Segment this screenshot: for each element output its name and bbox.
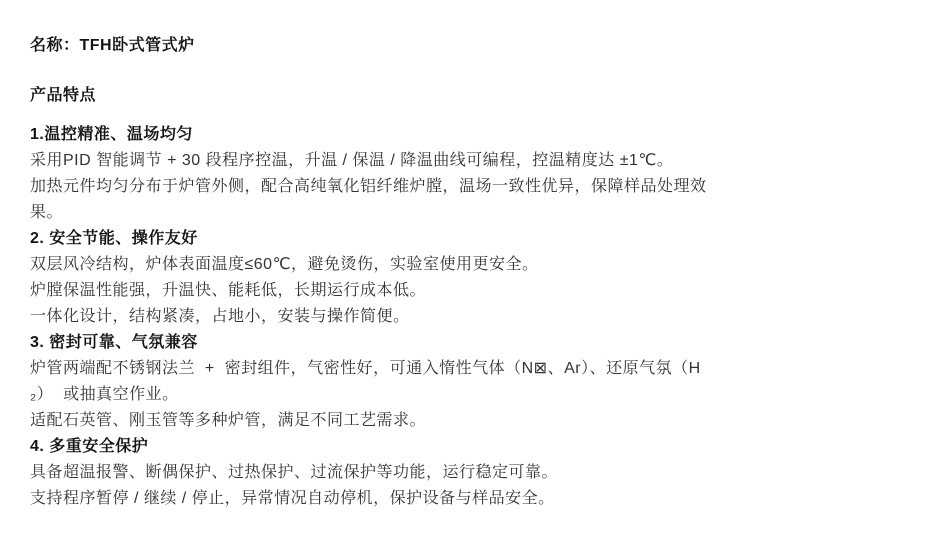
section-heading-product-features: 产品特点: [30, 86, 708, 106]
feature-heading: 4. 多重安全保护: [30, 434, 708, 460]
feature-block-multi-protection: 4. 多重安全保护 具备超温报警、断偶保护、过热保护、过流保护等功能，运行稳定可…: [30, 434, 708, 512]
feature-heading: 3. 密封可靠、气氛兼容: [30, 330, 708, 356]
feature-line: 适配石英管、刚玉管等多种炉管，满足不同工艺需求。: [30, 408, 708, 434]
feature-block-safety-energy: 2. 安全节能、操作友好 双层风冷结构，炉体表面温度≤60℃，避免烫伤，实验室使…: [30, 226, 708, 330]
product-name-title: 名称：TFH卧式管式炉: [30, 36, 708, 56]
document-content: 名称：TFH卧式管式炉 产品特点 1.温控精准、温场均匀 采用PID 智能调节 …: [30, 36, 708, 512]
feature-heading: 1.温控精准、温场均匀: [30, 122, 708, 148]
feature-line: 支持程序暂停 / 继续 / 停止，异常情况自动停机，保护设备与样品安全。: [30, 486, 708, 512]
feature-line: 一体化设计，结构紧凑，占地小，安装与操作简便。: [30, 304, 708, 330]
feature-line: 采用PID 智能调节 + 30 段程序控温，升温 / 保温 / 降温曲线可编程，…: [30, 148, 708, 174]
feature-line: 炉膛保温性能强，升温快、能耗低，长期运行成本低。: [30, 278, 708, 304]
feature-line: 炉管两端配不锈钢法兰 + 密封组件，气密性好，可通入惰性气体（N⊠、Ar）、还原…: [30, 356, 708, 408]
feature-line: 加热元件均匀分布于炉管外侧，配合高纯氧化铝纤维炉膛，温场一致性优异，保障样品处理…: [30, 174, 708, 226]
feature-heading: 2. 安全节能、操作友好: [30, 226, 708, 252]
feature-line: 具备超温报警、断偶保护、过热保护、过流保护等功能，运行稳定可靠。: [30, 460, 708, 486]
feature-block-sealing-atmosphere: 3. 密封可靠、气氛兼容 炉管两端配不锈钢法兰 + 密封组件，气密性好，可通入惰…: [30, 330, 708, 434]
feature-line: 双层风冷结构，炉体表面温度≤60℃，避免烫伤，实验室使用更安全。: [30, 252, 708, 278]
document-page: 名称：TFH卧式管式炉 产品特点 1.温控精准、温场均匀 采用PID 智能调节 …: [0, 0, 940, 512]
feature-block-temperature-control: 1.温控精准、温场均匀 采用PID 智能调节 + 30 段程序控温，升温 / 保…: [30, 122, 708, 226]
